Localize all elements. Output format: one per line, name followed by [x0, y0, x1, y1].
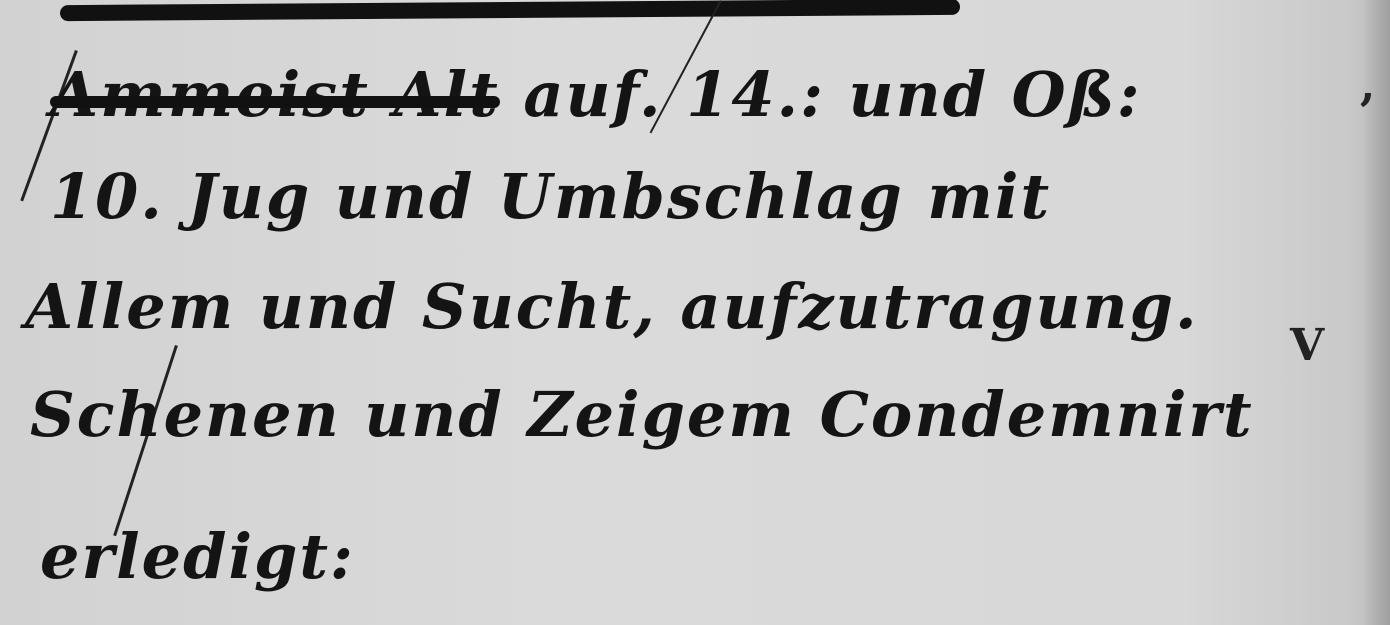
line-text: Schenen und Zeigem Condemnirt — [30, 378, 1254, 451]
line-text: 10. Jug und Umbschlag mit — [50, 160, 1051, 233]
struck-word: Ammeist Alt — [50, 58, 500, 131]
manuscript-page: Ammeist Alt auf. 14.: und Oß: 10. Jug un… — [0, 0, 1390, 625]
manuscript-line-4: Schenen und Zeigem Condemnirt — [30, 378, 1254, 451]
margin-v-mark: V — [1290, 320, 1324, 371]
strikethrough-previous-line — [60, 0, 960, 21]
manuscript-line-2: 10. Jug und Umbschlag mit — [50, 160, 1051, 233]
page-edge-shadow — [1362, 0, 1390, 625]
manuscript-line-1: Ammeist Alt auf. 14.: und Oß: — [50, 58, 1142, 131]
line-text: auf. 14.: und Oß: — [523, 58, 1141, 131]
line-text: Allem und Sucht, aufzutragung. — [25, 270, 1199, 343]
manuscript-line-5: erledigt: — [40, 520, 355, 593]
manuscript-line-3: Allem und Sucht, aufzutragung. — [25, 270, 1199, 343]
line-text: erledigt: — [40, 520, 355, 593]
